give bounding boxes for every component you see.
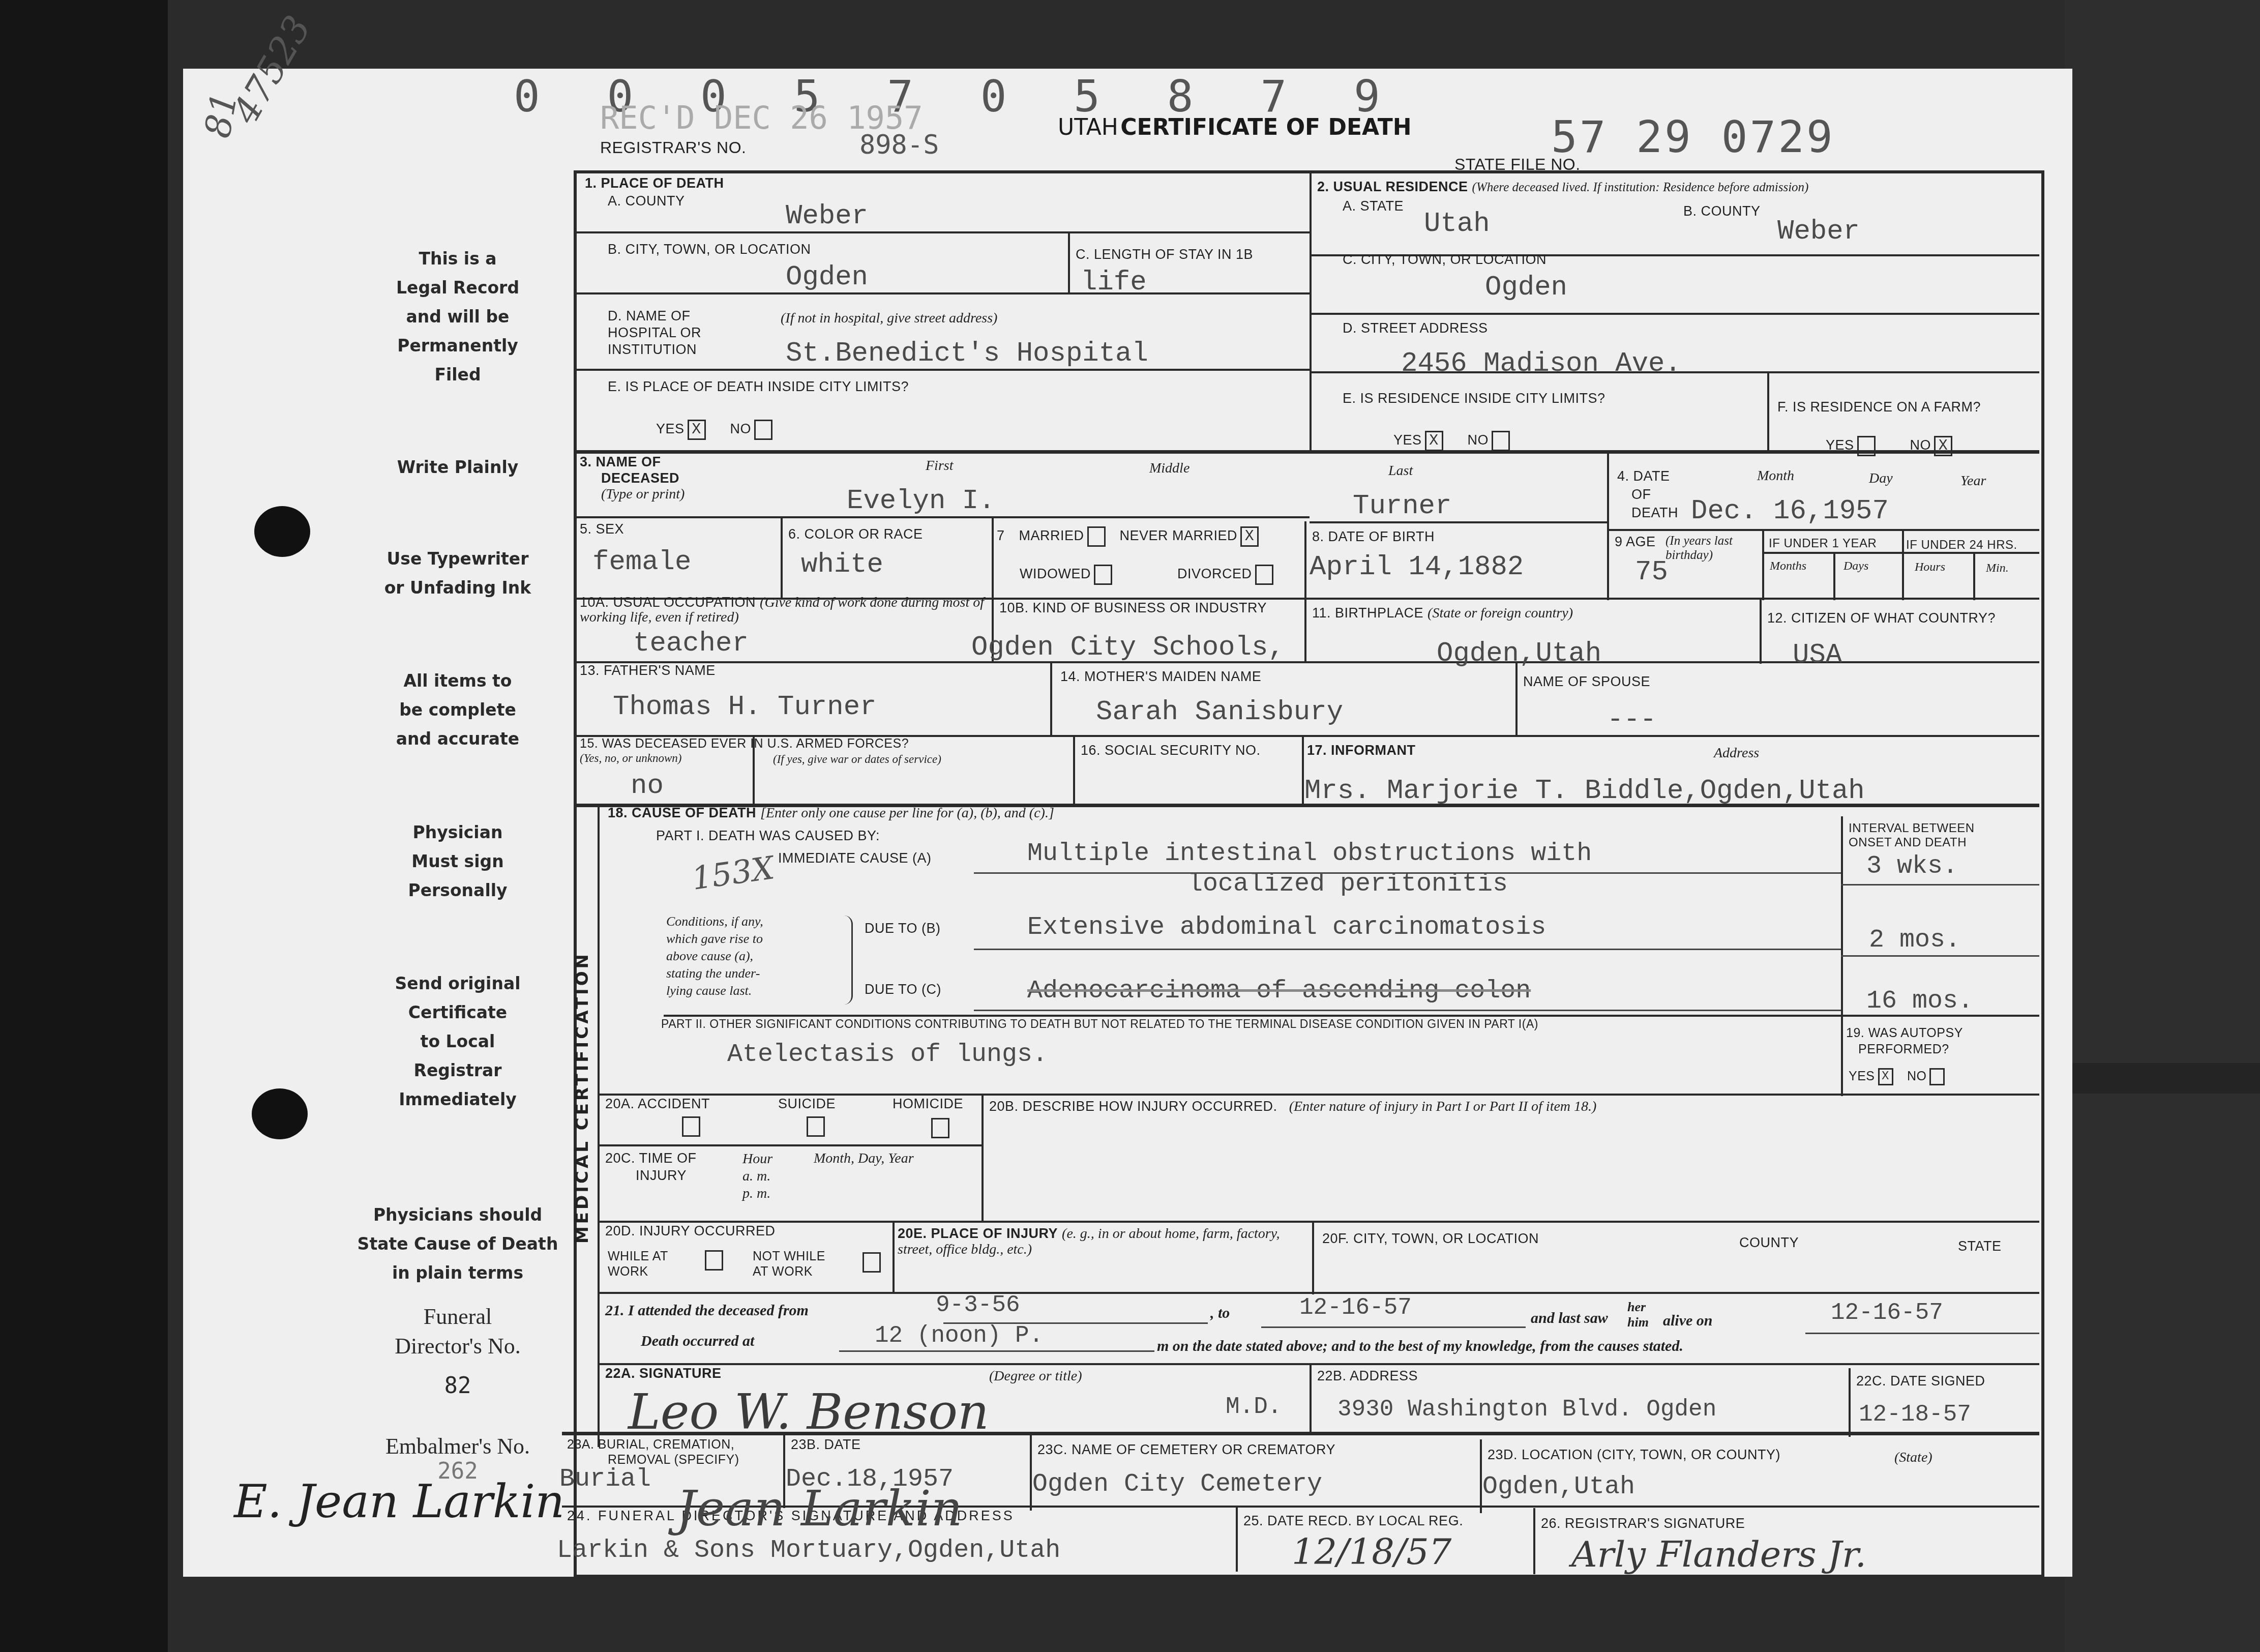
date-signed-label: 22c. DATE SIGNED bbox=[1856, 1373, 1985, 1389]
city-label: c. CITY, TOWN, OR LOCATION bbox=[1343, 252, 1547, 268]
age-hint: (In years last birthday) bbox=[1666, 534, 1757, 563]
divider bbox=[1607, 529, 2039, 531]
autopsy-yes-checkbox[interactable]: X bbox=[1878, 1068, 1893, 1085]
note-line: Filed bbox=[376, 360, 539, 389]
text-line: which gave rise to bbox=[666, 930, 768, 948]
autopsy-no-checkbox[interactable] bbox=[1929, 1068, 1945, 1085]
last-label: Last bbox=[1388, 463, 1413, 479]
no-label: NO bbox=[1907, 1069, 1927, 1083]
time-injury-label: 20c. TIME OF INJURY bbox=[605, 1149, 697, 1184]
race-label: 6. COLOR OR RACE bbox=[788, 526, 923, 542]
interval-c: 16 mos. bbox=[1866, 987, 1973, 1016]
to-label: , to bbox=[1210, 1305, 1230, 1322]
title-text: CERTIFICATE OF DEATH bbox=[1120, 114, 1411, 140]
label-line: PERFORMED? bbox=[1846, 1041, 1963, 1057]
birthplace-value: Ogden,Utah bbox=[1437, 638, 1601, 669]
label-line: AT WORK bbox=[753, 1264, 825, 1279]
hospital-label: d. NAME OF HOSPITAL OR INSTITUTION bbox=[608, 308, 701, 358]
signature-label: 22a. SIGNATURE bbox=[605, 1366, 722, 1381]
section-label: 1. PLACE OF DEATH bbox=[585, 175, 724, 191]
note-line: Must sign bbox=[376, 847, 539, 876]
armed-forces-label: 15. WAS DECEASED EVER IN U.S. ARMED FORC… bbox=[580, 736, 909, 751]
residence-state-value: Utah bbox=[1424, 209, 1490, 240]
residence-city-value: Ogden bbox=[1485, 272, 1567, 303]
embalmer-no: Embalmer's No. 262 bbox=[366, 1432, 549, 1482]
farm-checkboxes: YES NOX bbox=[1826, 436, 1952, 456]
to-line bbox=[1261, 1326, 1526, 1328]
text-line: stating the under- bbox=[666, 965, 768, 982]
place-of-death-label: 1. PLACE OF DEATH bbox=[585, 175, 724, 191]
divider bbox=[1762, 529, 1764, 600]
mother-label: 14. MOTHER'S MAIDEN NAME bbox=[1060, 669, 1261, 685]
father-value: Thomas H. Turner bbox=[613, 692, 876, 723]
widowed-label: WIDOWED bbox=[1020, 566, 1091, 581]
label-line: her bbox=[1627, 1300, 1649, 1315]
divider bbox=[575, 450, 2039, 454]
death-occurred-label: Death occurred at bbox=[641, 1333, 754, 1350]
cause-label: 18. CAUSE OF DEATH [Enter only one cause… bbox=[608, 805, 1054, 821]
date-recd-value: 12/18/57 bbox=[1292, 1531, 1451, 1573]
date-signed-value: 12-18-57 bbox=[1859, 1401, 1971, 1428]
note-line: Physician bbox=[376, 818, 539, 847]
homicide-checkbox[interactable] bbox=[931, 1118, 949, 1138]
typewriter-note: Use Typewriter or Unfading Ink bbox=[376, 544, 539, 602]
citizen-label: 12. CITIZEN OF WHAT COUNTRY? bbox=[1767, 610, 1996, 626]
conditions-text: Conditions, if any, which gave rise to a… bbox=[666, 913, 768, 999]
residence-city-checkboxes: YESX NO bbox=[1393, 431, 1510, 451]
disposition-date-label: 23b. DATE bbox=[791, 1437, 861, 1453]
note-line: and will be bbox=[376, 302, 539, 331]
divider bbox=[982, 1094, 984, 1221]
divider bbox=[1515, 661, 1518, 735]
label-line: 19. WAS AUTOPSY bbox=[1846, 1025, 1963, 1041]
note-line: State Cause of Death bbox=[356, 1229, 559, 1258]
note-line: Write Plainly bbox=[376, 453, 539, 482]
immediate-cause-label: IMMEDIATE CAUSE (a) bbox=[778, 850, 932, 866]
divider bbox=[1312, 1221, 1314, 1294]
note-line: Physicians should bbox=[356, 1200, 559, 1229]
months-label: Months bbox=[1770, 559, 1806, 573]
label-text: 10a. USUAL OCCUPATION bbox=[580, 595, 756, 610]
yes-label: YES bbox=[1849, 1069, 1875, 1083]
month-label: Month bbox=[1757, 468, 1794, 484]
binder-edge bbox=[0, 0, 168, 1652]
while-at-work-checkbox[interactable] bbox=[705, 1250, 723, 1271]
label-line: DECEASED bbox=[580, 470, 685, 486]
attended-from: 9-3-56 bbox=[936, 1292, 1020, 1318]
registrars-no: 898-S bbox=[859, 130, 939, 160]
label-line: HOSPITAL OR bbox=[608, 324, 701, 341]
degree-label: (Degree or title) bbox=[989, 1368, 1082, 1384]
state-file-no: 57 29 0729 bbox=[1551, 112, 1835, 163]
hospital-value: St.Benedict's Hospital bbox=[786, 338, 1148, 369]
city-label: b. CITY, TOWN, OR LOCATION bbox=[608, 242, 811, 257]
deceased-last: Turner bbox=[1353, 491, 1451, 522]
divider bbox=[575, 231, 1310, 233]
cause-b: Extensive abdominal carcinomatosis bbox=[1027, 913, 1546, 942]
suicide-label: SUICIDE bbox=[778, 1096, 836, 1112]
label-line: 3. NAME OF bbox=[580, 454, 685, 470]
registrar-sig-label: 26. REGISTRAR'S SIGNATURE bbox=[1541, 1516, 1745, 1531]
alive-on-value: 12-16-57 bbox=[1831, 1300, 1943, 1326]
funeral-director-signature: Jean Larkin bbox=[676, 1480, 962, 1537]
degree-value: M.D. bbox=[1226, 1394, 1282, 1420]
cemetery-value: Ogden City Cemetery bbox=[1032, 1470, 1322, 1499]
divider bbox=[1068, 231, 1070, 292]
label-line: 23a. BURIAL, CREMATION, bbox=[567, 1437, 739, 1452]
label-line: d. NAME OF bbox=[608, 308, 701, 324]
divider bbox=[1607, 453, 1609, 600]
alive-on-label: alive on bbox=[1663, 1312, 1713, 1330]
note-line: to Local bbox=[376, 1027, 539, 1056]
injury-occurred-label: 20d. INJURY OCCURRED bbox=[605, 1223, 776, 1239]
spouse-label: NAME OF SPOUSE bbox=[1523, 674, 1650, 690]
hours-label: Hours bbox=[1915, 560, 1945, 574]
residence-inside-city-yes-checkbox[interactable]: X bbox=[1425, 431, 1443, 451]
text-line: above cause (a), bbox=[666, 948, 768, 965]
due-to-b-label: DUE TO (b) bbox=[865, 921, 941, 936]
cause-a-line2: localized peritonitis bbox=[1187, 870, 1508, 899]
physician-sign-note: Physician Must sign Personally bbox=[376, 818, 539, 905]
note-line: or Unfading Ink bbox=[376, 573, 539, 602]
father-label: 13. FATHER'S NAME bbox=[580, 663, 716, 678]
residence-inside-city-no-checkbox[interactable] bbox=[1492, 431, 1510, 451]
armed-forces-value: no bbox=[631, 771, 664, 802]
not-while-at-work-checkbox[interactable] bbox=[863, 1252, 881, 1273]
sex-label: 5. SEX bbox=[580, 521, 624, 537]
label-line: a. m. bbox=[742, 1168, 772, 1185]
divider bbox=[1030, 1432, 1032, 1511]
alive-on-line bbox=[1805, 1333, 2039, 1334]
registrar-signature: Arly Flanders Jr. bbox=[1571, 1533, 1866, 1575]
due-to-c-label: DUE TO (c) bbox=[865, 982, 941, 997]
county-label: a. COUNTY bbox=[608, 193, 685, 209]
note-line: Immediately bbox=[376, 1085, 539, 1114]
funeral-director-label: Director's No. bbox=[366, 1332, 549, 1361]
death-county-value: Weber bbox=[786, 201, 868, 232]
label-text: 22a. SIGNATURE bbox=[605, 1366, 722, 1381]
divider bbox=[1310, 1363, 1312, 1434]
street-label: d. STREET ADDRESS bbox=[1343, 320, 1488, 336]
age-label: 9 AGE bbox=[1615, 534, 1656, 550]
no-label: NO bbox=[1468, 432, 1489, 448]
write-plainly-note: Write Plainly bbox=[376, 453, 539, 482]
min-label: Min. bbox=[1986, 562, 2009, 575]
never-married-label: NEVER MARRIED bbox=[1120, 528, 1238, 543]
married-label: MARRIED bbox=[1019, 528, 1084, 543]
date-of-death-value: Dec. 16,1957 bbox=[1691, 496, 1889, 527]
scan-background-band bbox=[2049, 1063, 2260, 1094]
homicide-label: HOMICIDE bbox=[893, 1096, 963, 1112]
business-label: 10b. KIND OF BUSINESS OR INDUSTRY bbox=[999, 600, 1267, 616]
scan-background bbox=[2065, 0, 2260, 1652]
legal-record-note: This is a Legal Record and will be Perma… bbox=[376, 244, 539, 389]
note-line: This is a bbox=[376, 244, 539, 273]
address-label: Address bbox=[1714, 745, 1759, 761]
citizen-value: USA bbox=[1793, 640, 1842, 671]
divider bbox=[1304, 598, 1306, 661]
divider bbox=[1073, 735, 1075, 804]
armed-forces-hint-2: (If yes, give war or dates of service) bbox=[773, 753, 941, 766]
no-label: NO bbox=[730, 421, 752, 436]
divider bbox=[893, 1221, 895, 1292]
divider bbox=[1050, 661, 1052, 735]
last-saw-label: and last saw bbox=[1531, 1310, 1608, 1327]
medical-certification-label: MEDICAL CERTIFICATION bbox=[572, 952, 592, 1244]
section-label: 2. USUAL RESIDENCE bbox=[1317, 179, 1468, 194]
usual-residence-label: 2. USUAL RESIDENCE (Where deceased lived… bbox=[1317, 179, 1808, 195]
under-24-hrs-label: IF UNDER 24 HRS. bbox=[1906, 538, 2017, 552]
state-label: (State) bbox=[1894, 1450, 1932, 1466]
note-line: Personally bbox=[376, 876, 539, 905]
occupation-label: 10a. USUAL OCCUPATION (Give kind of work… bbox=[580, 595, 987, 625]
accident-label: 20a. ACCIDENT bbox=[605, 1096, 710, 1112]
note-line: Registrar bbox=[376, 1056, 539, 1085]
note-line: Certificate bbox=[376, 998, 539, 1027]
divider bbox=[598, 1221, 2039, 1223]
certificate-title: UTAH CERTIFICATE OF DEATH bbox=[1058, 114, 1412, 140]
place-injury-label: 20e. PLACE OF INJURY (e. g., in or about… bbox=[898, 1226, 1304, 1257]
label-line: OF bbox=[1617, 485, 1678, 504]
label-text: 20b. DESCRIBE HOW INJURY OCCURRED. bbox=[989, 1099, 1277, 1114]
registrars-no-label: REGISTRAR'S NO. bbox=[600, 138, 746, 157]
inside-city-label: e. IS PLACE OF DEATH INSIDE CITY LIMITS? bbox=[608, 379, 909, 395]
yes-label: YES bbox=[656, 421, 685, 436]
date-recd-label: 25. DATE RECD. BY LOCAL REG. bbox=[1243, 1513, 1463, 1529]
note-line: Send original bbox=[376, 969, 539, 998]
funeral-director-number: 82 bbox=[366, 1371, 549, 1401]
divider bbox=[1767, 371, 1769, 453]
part2-value: Atelectasis of lungs. bbox=[727, 1040, 1048, 1069]
inside-city-no-checkbox[interactable] bbox=[754, 420, 772, 440]
funeral-director-no: Funeral Director's No. 82 bbox=[366, 1302, 549, 1401]
death-time-suffix: m on the date stated above; and to the b… bbox=[1157, 1338, 1683, 1355]
divider bbox=[781, 516, 783, 598]
year-label: Year bbox=[1960, 473, 1986, 489]
interval-b: 2 mos. bbox=[1869, 926, 1960, 955]
funeral-director-value: Larkin & Sons Mortuary,Ogden,Utah bbox=[557, 1536, 1060, 1565]
accident-checkbox[interactable] bbox=[682, 1116, 700, 1137]
middle-label: Middle bbox=[1149, 460, 1190, 477]
label-line: p. m. bbox=[742, 1185, 772, 1202]
embalmer-label: Embalmer's No. bbox=[366, 1432, 549, 1461]
text-line: lying cause last. bbox=[666, 982, 768, 999]
interval-a: 3 wks. bbox=[1866, 852, 1958, 881]
her-him-label: her him bbox=[1627, 1300, 1649, 1330]
label-line: ONSET AND DEATH bbox=[1849, 836, 1975, 850]
complete-accurate-note: All items to be complete and accurate bbox=[376, 666, 539, 753]
label-hint: (Enter nature of injury in Part I or Par… bbox=[1289, 1099, 1597, 1114]
cause-c: Adenocarcinoma of ascending colon bbox=[1027, 977, 1531, 1006]
cause-a-line1: Multiple intestinal obstructions with bbox=[1027, 839, 1592, 868]
label-text: 23d. LOCATION (City, town, or county) bbox=[1488, 1447, 1780, 1462]
divorced-label: DIVORCED bbox=[1177, 566, 1252, 581]
date-of-death-label: 4. DATE OF DEATH bbox=[1617, 467, 1678, 522]
punch-hole bbox=[252, 1088, 308, 1139]
mdy-label: Month, Day, Year bbox=[814, 1150, 914, 1167]
attended-to: 12-16-57 bbox=[1299, 1294, 1412, 1321]
note-line: in plain terms bbox=[356, 1258, 559, 1287]
note-line: Legal Record bbox=[376, 273, 539, 302]
section-hint: (Where deceased lived. If institution: R… bbox=[1472, 181, 1809, 194]
divider bbox=[992, 516, 994, 598]
informant-label: 17. INFORMANT bbox=[1307, 743, 1416, 758]
divider bbox=[1833, 552, 1835, 600]
divider bbox=[1310, 521, 1607, 523]
occupation-value: teacher bbox=[633, 628, 749, 659]
describe-label: 20b. DESCRIBE HOW INJURY OCCURRED. (Ente… bbox=[989, 1099, 1596, 1115]
injury-state-label: STATE bbox=[1958, 1238, 2002, 1254]
note-line: Permanently bbox=[376, 331, 539, 360]
label-text: 20e. PLACE OF INJURY bbox=[898, 1226, 1058, 1241]
divider bbox=[1310, 313, 2039, 315]
no-label: NO bbox=[1910, 437, 1931, 453]
interval-line bbox=[1841, 884, 2039, 886]
divider bbox=[1902, 529, 1904, 600]
label-line: NOT WHILE bbox=[753, 1249, 825, 1264]
disposition-method-label: 23a. BURIAL, CREMATION, REMOVAL (Specify… bbox=[567, 1437, 739, 1467]
dob-value: April 14,1882 bbox=[1310, 552, 1524, 583]
name-label: 3. NAME OF DECEASED (Type or print) bbox=[580, 454, 685, 503]
yes-label: YES bbox=[1393, 432, 1422, 448]
embalmer-signature: E. Jean Larkin bbox=[234, 1475, 564, 1528]
marital-row-2: WIDOWED DIVORCED bbox=[1020, 565, 1273, 585]
label-line: 20c. TIME OF bbox=[605, 1149, 697, 1167]
business-value: Ogden City Schools, bbox=[971, 632, 1285, 663]
farm-label: f. IS RESIDENCE ON A FARM? bbox=[1777, 399, 1981, 415]
note-line: be complete bbox=[376, 695, 539, 724]
divider bbox=[598, 804, 600, 1447]
mother-value: Sarah Sanisbury bbox=[1096, 697, 1343, 728]
address-label: 22b. ADDRESS bbox=[1317, 1368, 1418, 1384]
inside-city-checkboxes: YESX NO bbox=[656, 420, 772, 440]
deceased-first-middle: Evelyn I. bbox=[847, 486, 995, 517]
while-at-work-label: WHILE AT WORK bbox=[608, 1249, 668, 1279]
label-line: him bbox=[1627, 1315, 1649, 1330]
divider bbox=[598, 1292, 2039, 1294]
physician-address: 3930 Washington Blvd. Ogden bbox=[1337, 1396, 1716, 1423]
death-time: 12 (noon) P. bbox=[875, 1322, 1043, 1349]
death-city-value: Ogden bbox=[786, 262, 868, 293]
label-hint: (State or foreign country) bbox=[1428, 605, 1573, 621]
divider bbox=[598, 1094, 2039, 1096]
informant-value: Mrs. Marjorie T. Biddle,Ogden,Utah bbox=[1304, 776, 1865, 807]
under-1-year-label: IF UNDER 1 YEAR bbox=[1769, 537, 1877, 551]
note-line: and accurate bbox=[376, 724, 539, 753]
label-line: INTERVAL BETWEEN bbox=[1849, 821, 1975, 836]
residence-street-value: 2456 Madison Ave. bbox=[1401, 348, 1681, 379]
stay-value: life bbox=[1081, 267, 1147, 298]
stay-label: c. LENGTH OF STAY IN 1b bbox=[1076, 247, 1253, 262]
label-line: DEATH bbox=[1617, 504, 1678, 522]
label-line: INJURY bbox=[605, 1167, 697, 1184]
label-line: (Type or print) bbox=[580, 486, 685, 503]
state-label: a. STATE bbox=[1343, 198, 1404, 214]
inside-city-label: e. IS RESIDENCE INSIDE CITY LIMITS? bbox=[1343, 391, 1605, 406]
funeral-director-label: Funeral bbox=[366, 1302, 549, 1332]
death-time-line bbox=[839, 1350, 1154, 1352]
autopsy-label: 19. WAS AUTOPSY PERFORMED? bbox=[1846, 1025, 1963, 1057]
farm-no-checkbox[interactable]: X bbox=[1934, 436, 1952, 456]
label-text: 17. INFORMANT bbox=[1307, 743, 1416, 758]
married-checkbox[interactable] bbox=[1087, 526, 1106, 547]
ssn-label: 16. SOCIAL SECURITY NO. bbox=[1081, 743, 1261, 758]
not-while-at-work-label: NOT WHILE AT WORK bbox=[753, 1249, 825, 1279]
hospital-hint: (If not in hospital, give street address… bbox=[781, 310, 997, 327]
label-line: WHILE AT bbox=[608, 1249, 668, 1264]
race-value: white bbox=[801, 549, 883, 580]
title-prefix: UTAH bbox=[1058, 114, 1118, 140]
divider bbox=[598, 1363, 2039, 1365]
injury-county-label: COUNTY bbox=[1739, 1235, 1799, 1251]
birthplace-label: 11. BIRTHPLACE (State or foreign country… bbox=[1312, 605, 1573, 622]
cause-line bbox=[974, 949, 1841, 950]
note-line: All items to bbox=[376, 666, 539, 695]
label-line: INSTITUTION bbox=[608, 341, 701, 358]
label-text: 11. BIRTHPLACE bbox=[1312, 605, 1423, 621]
spouse-value: --- bbox=[1607, 704, 1656, 735]
cemetery-label: 23c. NAME OF CEMETERY OR CREMATORY bbox=[1037, 1442, 1335, 1458]
part2-label: PART II. OTHER SIGNIFICANT CONDITIONS CO… bbox=[661, 1017, 1538, 1031]
widowed-checkbox[interactable] bbox=[1094, 565, 1112, 585]
inside-city-yes-checkbox[interactable]: X bbox=[688, 420, 706, 440]
attended-label: 21. I attended the deceased from bbox=[605, 1302, 809, 1319]
disposition-method: Burial bbox=[559, 1465, 651, 1494]
residence-county-value: Weber bbox=[1777, 216, 1860, 247]
armed-forces-hint: (Yes, no, or unknown) bbox=[580, 752, 681, 765]
location-label: 23d. LOCATION (City, town, or county) bbox=[1488, 1447, 1780, 1463]
divorced-checkbox[interactable] bbox=[1255, 565, 1273, 585]
divider bbox=[1302, 735, 1304, 804]
note-line: Use Typewriter bbox=[376, 544, 539, 573]
never-married-checkbox[interactable]: X bbox=[1240, 526, 1259, 547]
suicide-checkbox[interactable] bbox=[807, 1116, 825, 1137]
injury-city-label: 20f. CITY, TOWN, OR LOCATION bbox=[1322, 1231, 1539, 1247]
label-number: 7 bbox=[997, 528, 1005, 543]
interval-label: INTERVAL BETWEEN ONSET AND DEATH bbox=[1849, 821, 1975, 850]
hour-label: Hour a. m. p. m. bbox=[742, 1150, 772, 1202]
label-hint: [Enter only one cause per line for (a), … bbox=[760, 805, 1054, 821]
age-value: 75 bbox=[1635, 557, 1668, 588]
farm-yes-checkbox[interactable] bbox=[1857, 436, 1876, 456]
text-line: Conditions, if any, bbox=[666, 913, 768, 930]
divider bbox=[1236, 1506, 1238, 1572]
divider bbox=[575, 292, 1310, 294]
label-line: Hour bbox=[742, 1150, 772, 1168]
label-line: WORK bbox=[608, 1264, 668, 1279]
yes-label: YES bbox=[1826, 437, 1854, 453]
divider bbox=[1849, 1368, 1851, 1437]
label-text: 18. CAUSE OF DEATH bbox=[608, 805, 756, 820]
cause-plain-terms-note: Physicians should State Cause of Death i… bbox=[356, 1200, 559, 1287]
dob-label: 8. DATE OF BIRTH bbox=[1312, 529, 1435, 545]
divider bbox=[1760, 598, 1762, 664]
divider bbox=[598, 1144, 982, 1146]
send-original-note: Send original Certificate to Local Regis… bbox=[376, 969, 539, 1114]
location-value: Ogden,Utah bbox=[1482, 1472, 1635, 1501]
autopsy-checkboxes: YESX NO bbox=[1849, 1068, 1945, 1085]
sex-value: female bbox=[592, 547, 691, 578]
punch-hole bbox=[254, 506, 310, 557]
divider bbox=[1973, 552, 1975, 600]
interval-line bbox=[1841, 955, 2039, 957]
divider bbox=[1480, 1439, 1482, 1513]
part1-label: PART I. DEATH WAS CAUSED BY: bbox=[656, 828, 880, 844]
marital-label: 7 MARRIED NEVER MARRIEDX bbox=[997, 526, 1259, 547]
first-label: First bbox=[926, 458, 953, 474]
day-label: Day bbox=[1869, 470, 1893, 487]
days-label: Days bbox=[1843, 559, 1868, 573]
